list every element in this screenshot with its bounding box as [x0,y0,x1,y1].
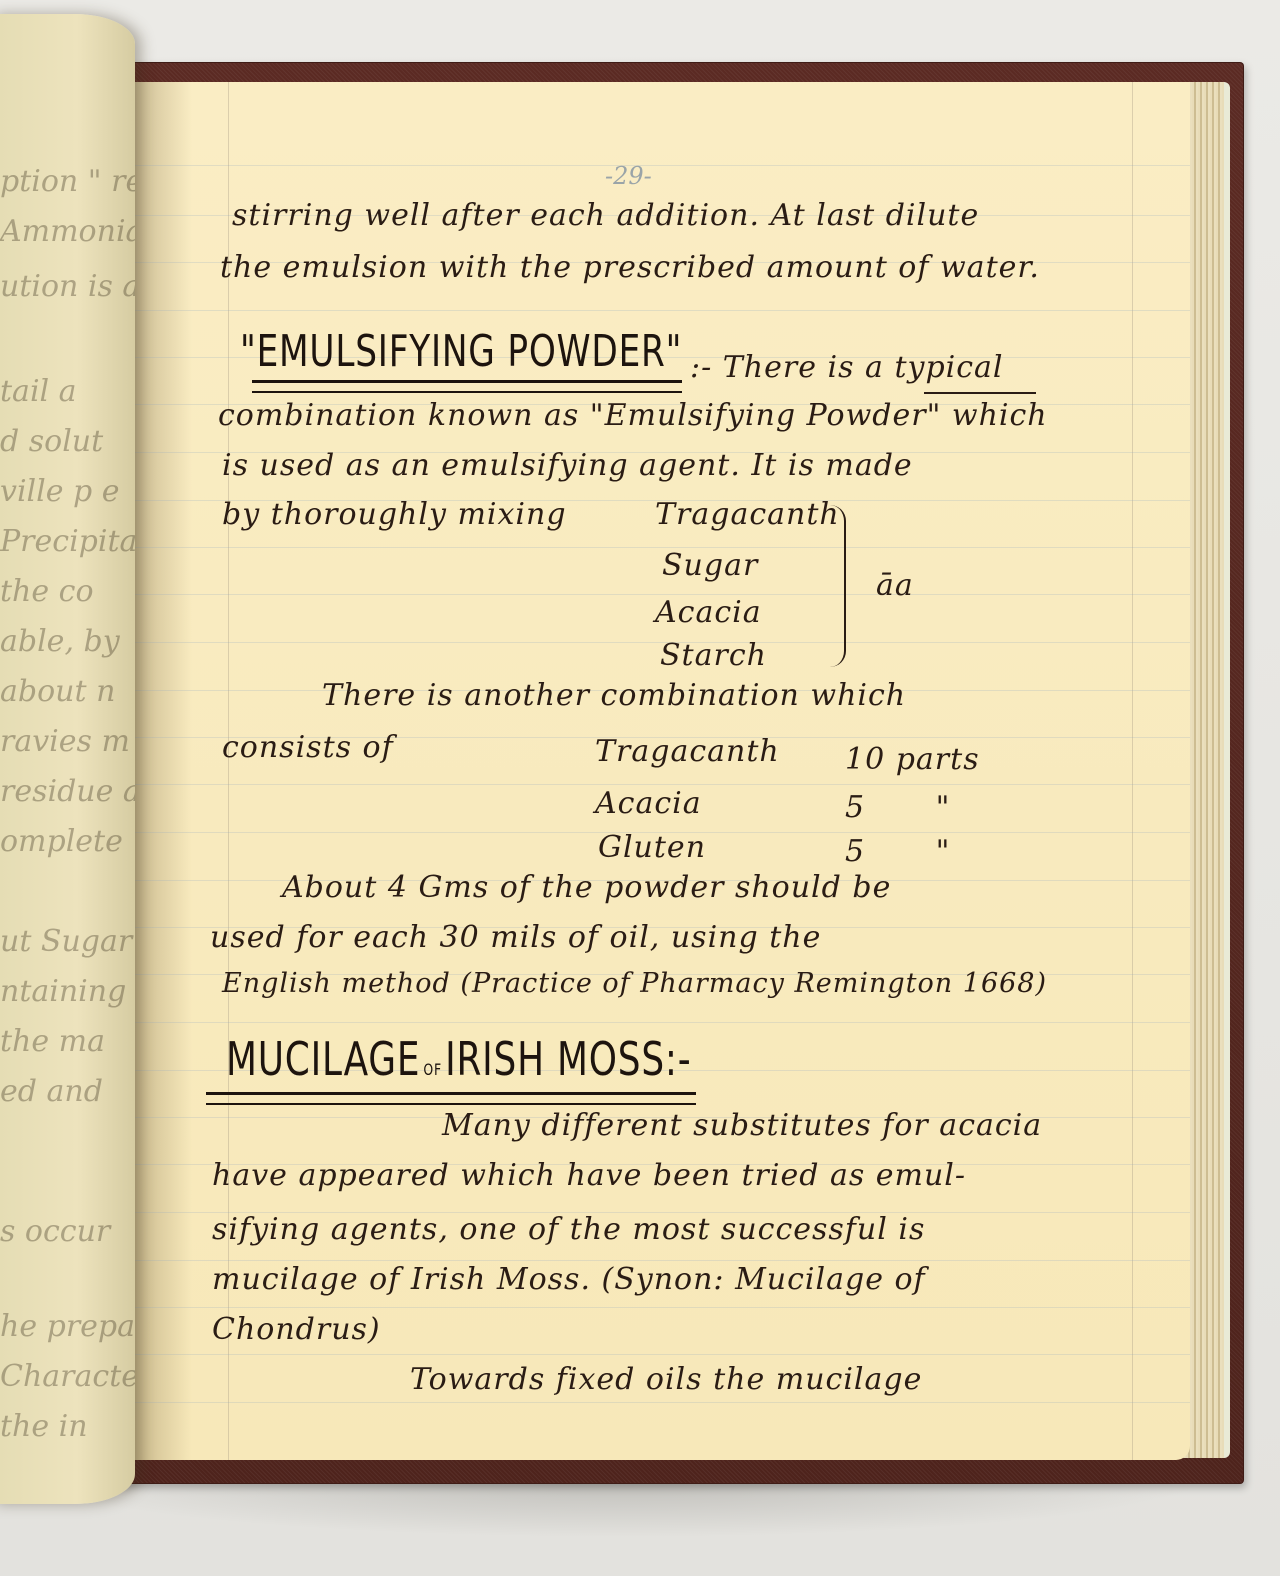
right-page [132,82,1190,1460]
text-line: Towards fixed oils the mucilage [410,1362,922,1397]
ingredient-amount: 5 " [845,834,950,869]
book-shadow [30,1478,1210,1538]
left-page-fragment: ville p e [0,474,120,509]
rule-line [132,1022,1190,1023]
margin-line-right [1132,82,1133,1460]
text-line: by thoroughly mixing [222,497,567,532]
formula-brace [830,505,846,667]
margin-line [228,82,229,1460]
left-page-fragment: Characteri [0,1359,135,1394]
word-underline-typical [924,392,1036,394]
text-line: Chondrus) [212,1312,381,1347]
rule-line [132,165,1190,166]
rule-line [132,1354,1190,1355]
formula-quantity: āa [876,568,914,603]
left-page-fragment: the co [0,574,94,609]
rule-line [132,784,1190,785]
left-page-fragment: able, by [0,624,120,659]
left-page-fragment: the ma [0,1024,105,1059]
section-heading-emulsifying-powder: "EMULSIFYING POWDER" [240,326,682,377]
text-line: Many different substitutes for acacia [442,1108,1042,1143]
left-page-fragment: s occur [0,1214,110,1249]
ingredient: Tragacanth [655,497,840,532]
heading-part: MUCILAGE [226,1032,420,1086]
left-page-fragment: Ammonia [0,214,135,249]
left-page-fragment: about n [0,674,115,709]
left-page-fragment: ption " rec [0,164,135,199]
text-line: sifying agents, one of the most successf… [212,1212,925,1247]
left-page-fragment: d solut [0,424,103,459]
heading-suffix: :- There is a typical [690,350,1004,385]
text-line: consists of [222,730,394,765]
ingredient: Tragacanth [595,734,780,769]
left-page-fragment: he prepar [0,1309,135,1344]
left-page-fragment: the in [0,1409,88,1444]
heading-part-of: OF [423,1060,442,1079]
text-line: is used as an emulsifying agent. It is m… [222,448,913,483]
ingredient: Sugar [662,548,758,583]
text-line: About 4 Gms of the powder should be [282,870,891,905]
text-line: There is another combination which [322,678,906,713]
text-line: English method (Practice of Pharmacy Rem… [222,968,1047,999]
left-page-fragment: ntaining [0,974,126,1009]
text-line: mucilage of Irish Moss. (Synon: Mucilage… [212,1262,926,1297]
ingredient: Starch [660,638,767,673]
left-page-fragment: ut Sugar [0,924,132,959]
left-page-fragment: ution is a [0,269,135,304]
rule-line [132,1402,1190,1403]
left-page-fragment: omplete [0,824,123,859]
ingredient: Acacia [655,595,762,630]
heading-part: IRISH MOSS [445,1032,665,1086]
text-line: stirring well after each addition. At la… [232,198,979,233]
rule-line [132,1260,1190,1261]
section-heading-mucilage: MUCILAGEOFIRISH MOSS:- [226,1032,692,1086]
text-line: have appeared which have been tried as e… [212,1158,966,1193]
heading-underline [206,1092,696,1105]
left-page-fragment: Precipitat [0,524,135,559]
rule-line [132,1307,1190,1308]
page-number: -29- [605,162,652,190]
left-page-fragment: tail a [0,374,77,409]
left-page-fragment: ravies m [0,724,130,759]
text-line: combination known as "Emulsifying Powder… [218,398,1048,433]
ingredient-amount: 10 parts [845,742,980,777]
left-page-fragment: ed and [0,1074,103,1109]
left-page-fragment: residue a [0,774,135,809]
ingredient: Acacia [595,786,702,821]
ingredient-amount: 5 " [845,790,950,825]
text-line: the emulsion with the prescribed amount … [220,250,1040,285]
ingredient: Gluten [598,830,706,865]
heading-underline [252,380,682,393]
rule-line [132,547,1190,548]
heading-suffix: :- [665,1032,692,1086]
text-line: used for each 30 mils of oil, using the [210,920,821,955]
rule-line [132,310,1190,311]
left-page: ption " rec Ammonia ution is a tail a d … [0,14,135,1504]
